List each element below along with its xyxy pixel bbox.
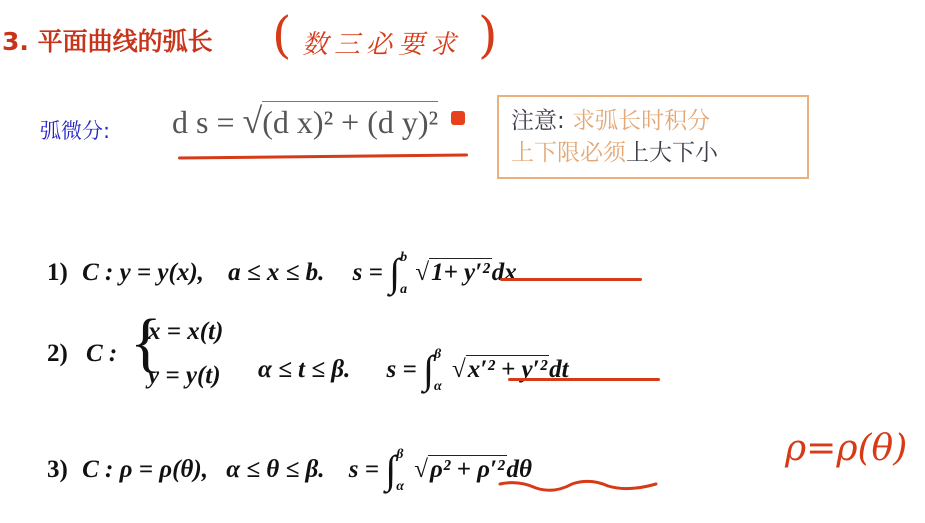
case-differential: dx [492,259,517,286]
integral-limits: ba [400,251,407,297]
integral-limits: βα [396,448,404,494]
laser-pointer-dot [451,111,465,125]
integral-sign: ∫ [385,446,396,493]
lower-limit: a [400,283,407,297]
sqrt-sign: √ [414,456,428,483]
upper-limit: β [396,448,404,462]
note-line2-orange: 上下限必须 [511,140,626,166]
case-3-formula: 3) C : ρ = ρ(θ), α ≤ θ ≤ β. s = ∫βα √ρ² … [47,440,532,494]
case-range: α ≤ t ≤ β. [258,356,350,383]
handwritten-paren-close: ) [478,10,498,60]
case-s-eq: s = [353,259,383,286]
case-s-eq: s = [349,456,379,483]
note-line2-dark: 上大下小 [626,140,718,166]
case-range: a ≤ x ≤ b. [228,259,324,286]
sqrt-sign: √ [243,101,263,141]
formula-lhs: d s = [172,104,235,140]
handwritten-wavy-underline [498,478,658,494]
case-1-formula: 1) C : y = y(x), a ≤ x ≤ b. s = ∫ba √1+ … [47,243,517,297]
handwritten-note: 数三必要求 [302,24,462,61]
handwritten-paren-open: ( [272,10,292,60]
upper-limit: b [400,251,407,265]
handwritten-underline [178,153,468,159]
note-line1-text: 求弧长时积分 [572,108,710,134]
integral-limits: βα [434,348,442,394]
case-2-rest: α ≤ t ≤ β. s = ∫βα √x′² + y′²dt [258,340,569,394]
lower-limit: α [396,480,404,494]
slide-title: 3. 平面曲线的弧长 [2,22,213,58]
lower-limit: α [434,380,442,394]
case-s-eq: s = [387,356,417,383]
formula-radicand: (d x)² + (d y)² [262,101,438,140]
case-index: 1) [47,259,68,286]
integral-sign: ∫ [423,346,434,393]
case-radicand: ρ² + ρ′² [428,455,507,484]
case-curve: C : y = y(x), [82,259,204,286]
case-2-curve-line1: x = x(t) [148,318,223,346]
case-2-curve-line2: y = y(t) [148,362,221,390]
handwritten-polar-note: ρ=ρ(θ) [785,428,907,469]
case-index: 3) [47,456,68,483]
case-2-index: 2) [47,340,68,368]
case-curve: C : ρ = ρ(θ), [82,456,208,483]
case-range: α ≤ θ ≤ β. [226,456,324,483]
integral-sign: ∫ [389,249,400,296]
sqrt-sign: √ [415,259,429,286]
note-line-1: 注意: 求弧长时积分 [511,105,807,137]
handwritten-underline [500,278,642,281]
note-line-2: 上下限必须上大下小 [511,137,807,169]
case-2-curve-prefix: C : [86,340,117,368]
upper-limit: β [434,348,442,362]
note-prefix: 注意: [511,108,565,134]
arc-differential-label: 弧微分: [40,115,110,145]
case-radicand: 1+ y′² [429,258,492,287]
arc-differential-formula: d s = √(d x)² + (d y)² [172,100,438,142]
note-box: 注意: 求弧长时积分 上下限必须上大下小 [497,95,809,179]
sqrt-sign: √ [452,356,466,383]
handwritten-underline [508,378,660,381]
